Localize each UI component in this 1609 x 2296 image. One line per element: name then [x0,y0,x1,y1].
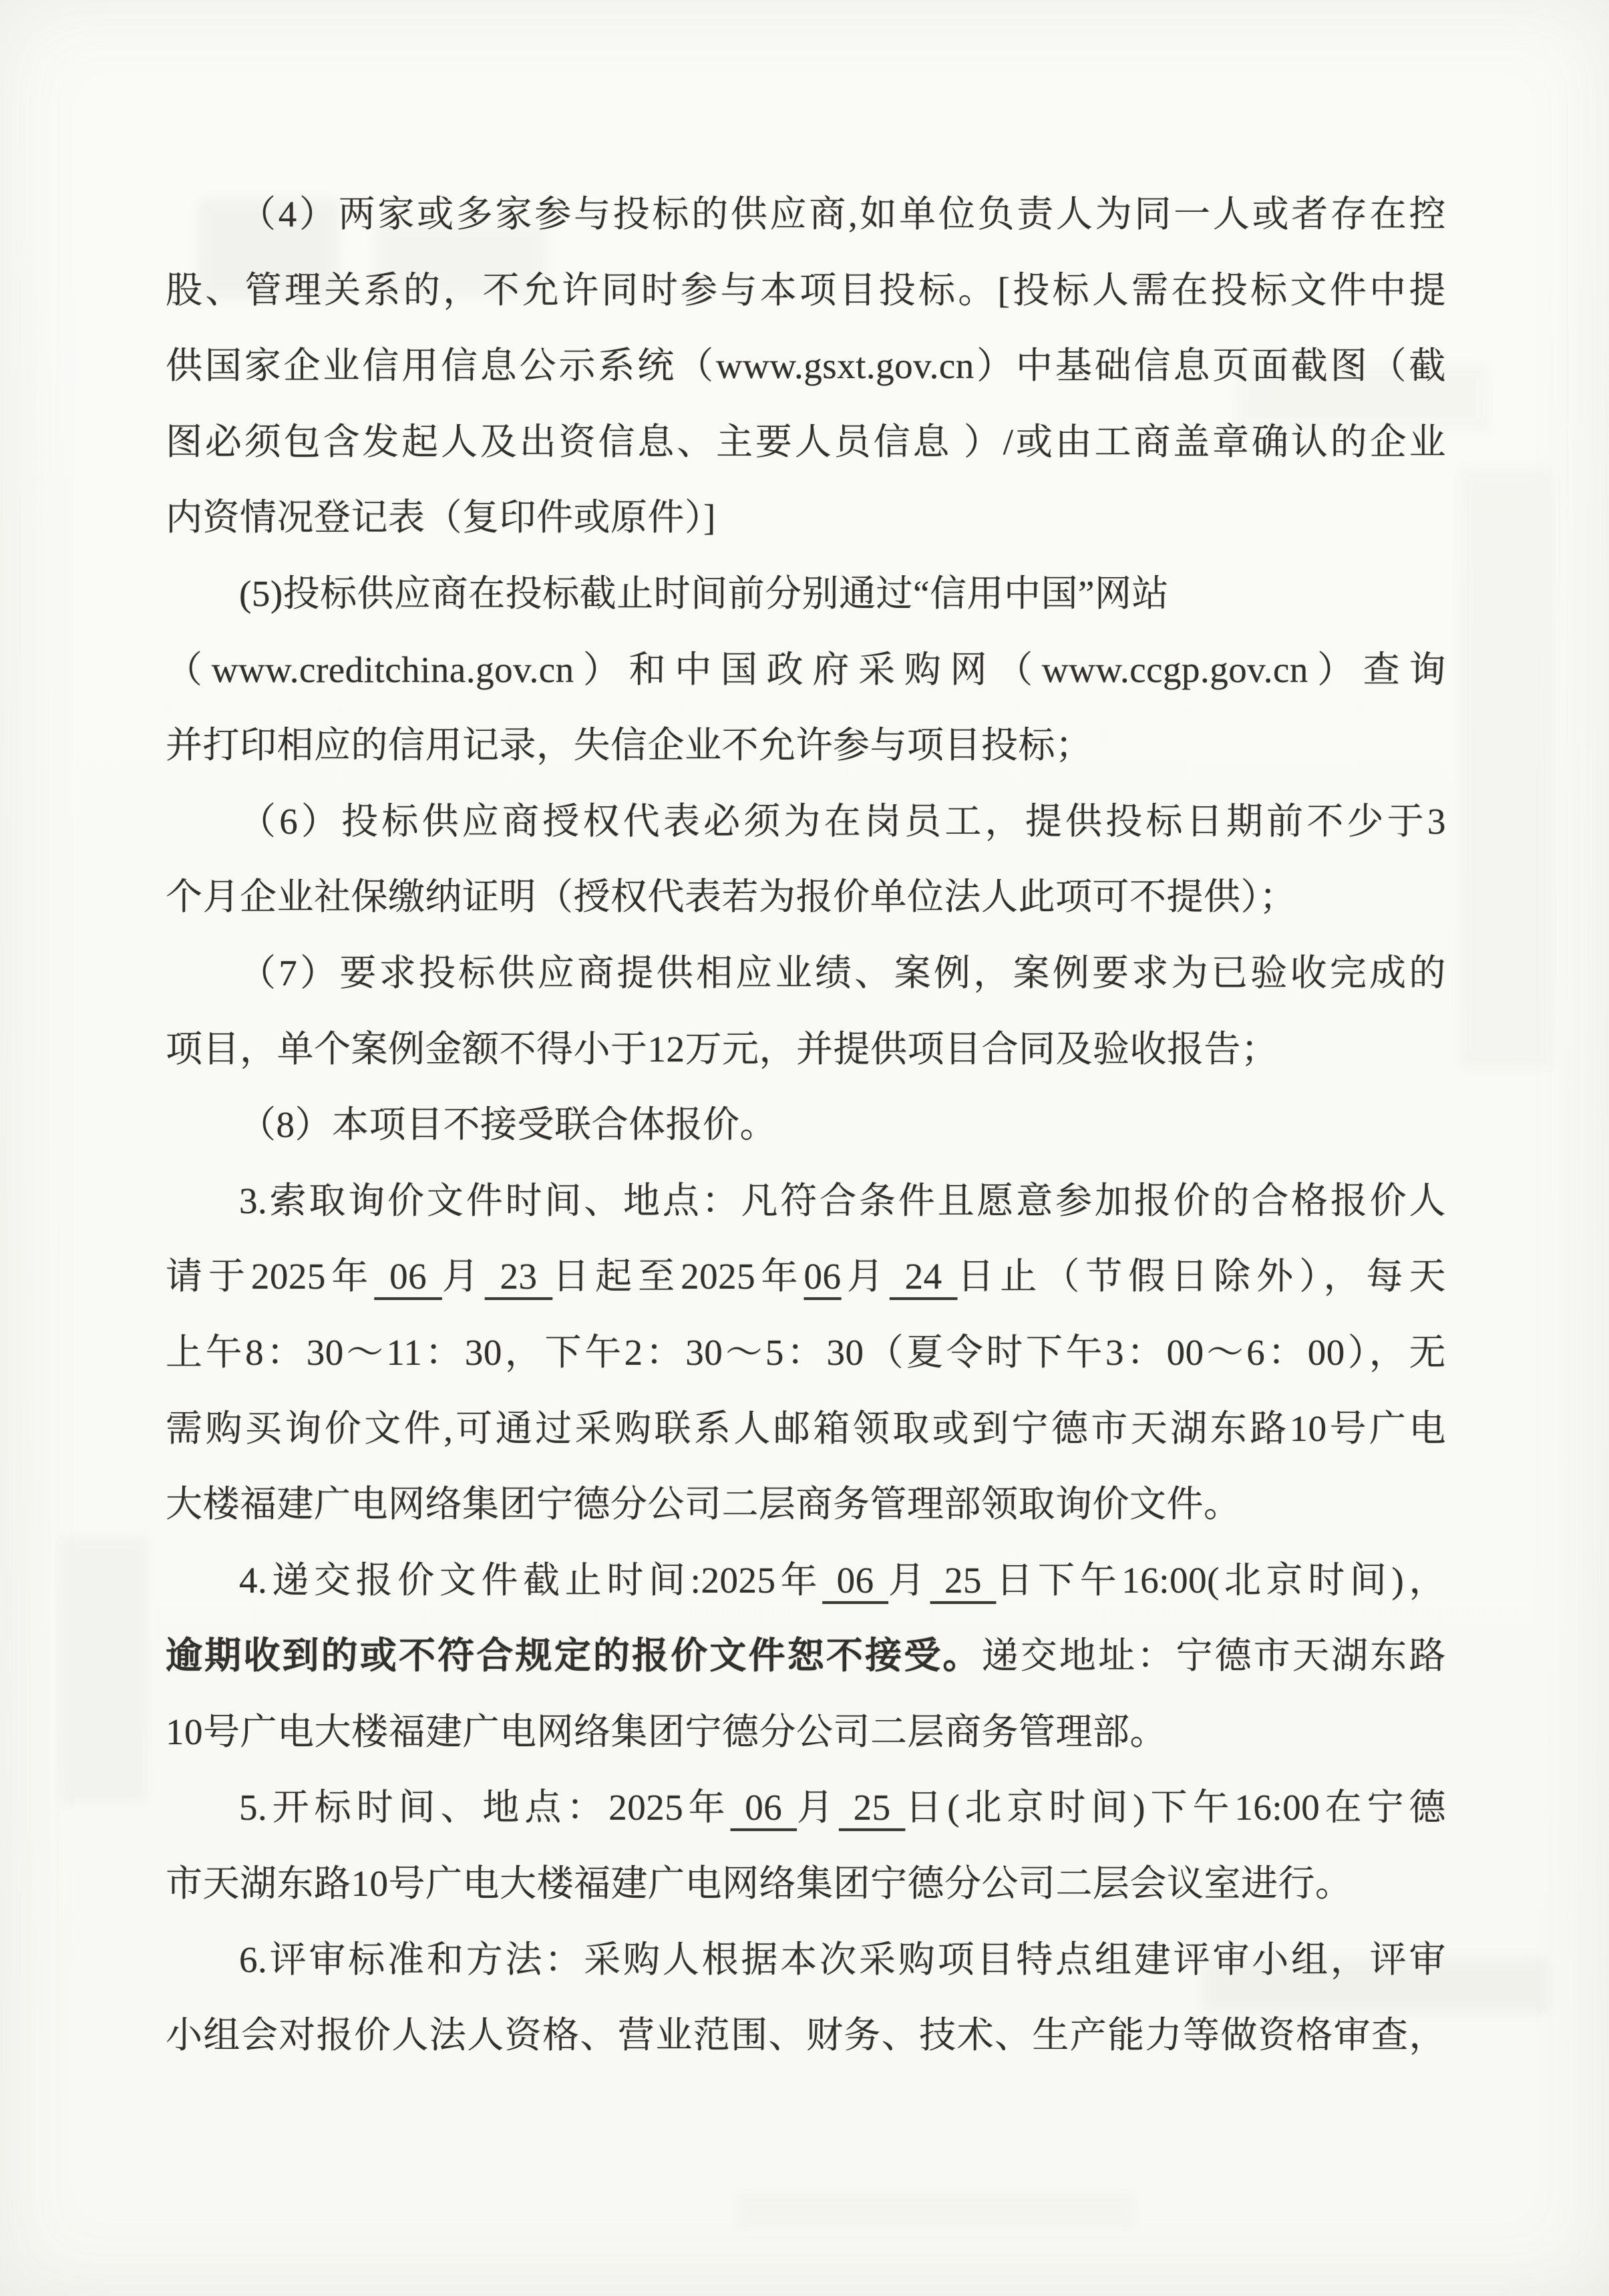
page-background: （4）两家或多家参与投标的供应商,如单位负责人为同一人或者存在控股、管理关系的，… [0,0,1609,2296]
text-segment: （6）投标供应商授权代表必须为在岗员工，提供投标日期前不少于3 [239,801,1446,842]
text-segment: 3.索取询价文件时间、地点：凡符合条件且愿意参加报价的合格报价人 [239,1180,1446,1221]
text-line-12: 项目，单个案例金额不得小于12万元，并提供项目合同及验收报告； [166,1011,1446,1088]
text-line-18: 大楼福建广电网络集团宁德分公司二层商务管理部领取询价文件。 [166,1466,1446,1542]
text-segment: 项目，单个案例金额不得小于12万元，并提供项目合同及验收报告； [166,1029,1278,1070]
text-line-21: 10号广电大楼福建广电网络集团宁德分公司二层商务管理部。 [166,1694,1446,1770]
underlined-date-field: 06 [731,1787,797,1828]
text-line-17: 需购买询价文件,可通过采购联系人邮箱领取或到宁德市天湖东路10号广电 [166,1391,1446,1467]
underlined-date-field: 06 [804,1256,842,1297]
underlined-date-field: 24 [890,1256,957,1297]
text-line-11: （7）要求投标供应商提供相应业绩、案例，案例要求为已验收完成的 [166,935,1446,1011]
text-segment: 月 [888,1560,930,1601]
underlined-date-field: 06 [822,1560,888,1601]
text-segment: 5.开标时间、地点：2025年 [239,1787,731,1828]
text-segment: 日下午16:00(北京时间)， [996,1560,1446,1601]
text-segment: 月 [842,1256,890,1297]
underlined-date-field: 23 [485,1256,552,1297]
text-segment: 日(北京时间)下午16:00在宁德 [905,1787,1446,1828]
text-line-20: 逾期收到的或不符合规定的报价文件恕不接受。递交地址：宁德市天湖东路 [166,1618,1446,1694]
underlined-date-field: 25 [839,1787,905,1828]
text-line-22: 5.开标时间、地点：2025年 06 月 25 日(北京时间)下午16:00在宁… [166,1770,1446,1846]
text-segment: 供国家企业信用信息公示系统（www.gsxt.gov.cn）中基础信息页面截图（… [166,345,1446,386]
text-segment: 大楼福建广电网络集团宁德分公司二层商务管理部领取询价文件。 [166,1484,1241,1524]
text-segment: 6.评审标准和方法：采购人根据本次采购项目特点组建评审小组，评审 [239,1939,1446,1980]
text-segment: 内资情况登记表（复印件或原件）] [166,497,716,538]
text-segment: 股、管理关系的，不允许同时参与本项目投标。[投标人需在投标文件中提 [166,270,1446,311]
text-line-25: 小组会对报价人法人资格、营业范围、财务、技术、生产能力等做资格审查， [166,1997,1446,2074]
text-line-2: 股、管理关系的，不允许同时参与本项目投标。[投标人需在投标文件中提 [166,253,1446,329]
text-line-3: 供国家企业信用信息公示系统（www.gsxt.gov.cn）中基础信息页面截图（… [166,328,1446,404]
text-segment: （7）要求投标供应商提供相应业绩、案例，案例要求为已验收完成的 [239,953,1446,993]
text-line-5: 内资情况登记表（复印件或原件）] [166,480,1446,556]
bleedthrough-smudge-7 [735,2191,1135,2228]
text-segment: 个月企业社保缴纳证明（授权代表若为报价单位法人此项可不提供）； [166,876,1296,917]
text-line-16: 上午8：30～11：30，下午2：30～5：30（夏令时下午3：00～6：00）… [166,1315,1446,1391]
text-line-13: （8）本项目不接受联合体报价。 [166,1087,1446,1163]
text-line-7: （www.creditchina.gov.cn）和中国政府采购网（www.ccg… [166,632,1446,708]
text-segment: 10号广电大楼福建广电网络集团宁德分公司二层商务管理部。 [166,1711,1167,1752]
bleedthrough-smudge-4 [1459,468,1553,1069]
text-line-23: 市天湖东路10号广电大楼福建广电网络集团宁德分公司二层会议室进行。 [166,1846,1446,1922]
underlined-date-field: 25 [930,1560,997,1601]
underlined-date-field: 06 [374,1256,441,1297]
text-line-14: 3.索取询价文件时间、地点：凡符合条件且愿意参加报价的合格报价人 [166,1163,1446,1239]
text-segment: 请于2025年 [166,1256,374,1297]
text-segment: 并打印相应的信用记录，失信企业不允许参与项目投标； [166,725,1093,766]
text-line-15: 请于2025年 06 月 23 日起至2025年06月 24 日止（节假日除外）… [166,1239,1446,1315]
text-segment: （www.creditchina.gov.cn）和中国政府采购网（www.ccg… [166,649,1446,690]
text-line-10: 个月企业社保缴纳证明（授权代表若为报价单位法人此项可不提供）； [166,859,1446,935]
text-segment: 小组会对报价人法人资格、营业范围、财务、技术、生产能力等做资格审查， [166,2015,1446,2056]
text-line-19: 4.递交报价文件截止时间:2025年 06 月 25 日下午16:00(北京时间… [166,1542,1446,1619]
text-segment: 需购买询价文件,可通过采购联系人邮箱领取或到宁德市天湖东路10号广电 [166,1408,1446,1449]
bleedthrough-smudge-5 [61,1536,148,1804]
text-segment: 上午8：30～11：30，下午2：30～5：30（夏令时下午3：00～6：00）… [166,1332,1446,1373]
text-line-24: 6.评审标准和方法：采购人根据本次采购项目特点组建评审小组，评审 [166,1922,1446,1998]
text-segment: (5)投标供应商在投标截止时间前分别通过“信用中国”网站 [239,573,1169,614]
text-segment: 市天湖东路10号广电大楼福建广电网络集团宁德分公司二层会议室进行。 [166,1863,1353,1904]
text-line-8: 并打印相应的信用记录，失信企业不允许参与项目投标； [166,707,1446,784]
text-segment: 月 [442,1256,485,1297]
text-segment: 图必须包含发起人及出资信息、主要人员信息 ）/或由工商盖章确认的企业 [166,422,1446,462]
text-line-1: （4）两家或多家参与投标的供应商,如单位负责人为同一人或者存在控 [166,176,1446,253]
text-segment: 逾期收到的或不符合规定的报价文件恕不接受。 [166,1635,982,1676]
text-line-6: (5)投标供应商在投标截止时间前分别通过“信用中国”网站 [166,556,1446,632]
text-segment: 日止（节假日除外），每天 [957,1256,1446,1297]
scanned-document: { "page": { "width": 2409, "height": 343… [0,0,1609,2296]
text-segment: （4）两家或多家参与投标的供应商,如单位负责人为同一人或者存在控 [239,194,1446,234]
text-segment: 递交地址：宁德市天湖东路 [982,1635,1446,1676]
text-line-9: （6）投标供应商授权代表必须为在岗员工，提供投标日期前不少于3 [166,784,1446,860]
text-line-4: 图必须包含发起人及出资信息、主要人员信息 ）/或由工商盖章确认的企业 [166,404,1446,480]
text-segment: （8）本项目不接受联合体报价。 [239,1104,777,1145]
document-text-column: （4）两家或多家参与投标的供应商,如单位负责人为同一人或者存在控股、管理关系的，… [166,176,1446,2074]
text-segment: 月 [797,1787,839,1828]
text-segment: 4.递交报价文件截止时间:2025年 [239,1560,822,1601]
text-segment: 日起至2025年 [552,1256,803,1297]
